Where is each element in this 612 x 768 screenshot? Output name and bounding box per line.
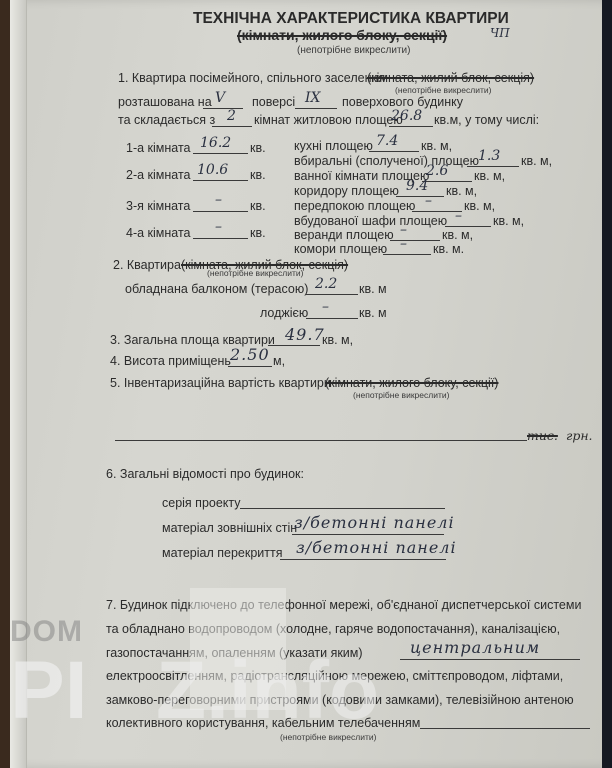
- series-label: серія проекту: [162, 497, 241, 510]
- room-1-unit: кв.: [250, 142, 266, 155]
- rooms-value: 2: [227, 109, 236, 123]
- inventory-struck: (кімнати, жилого блоку, секції): [325, 377, 498, 390]
- hallway-unit: кв. м,: [464, 200, 495, 213]
- document-subtitle: (кімнати, жилого блоку, секції): [237, 28, 447, 42]
- inventory-note: (непотрібне викреслити): [353, 391, 449, 400]
- kitchen-label: кухні площею: [294, 140, 373, 153]
- section6-title: 6. Загальні відомості про будинок:: [106, 468, 304, 481]
- toilet-label: вбиральні (сполученої) площею: [294, 155, 479, 168]
- balcony-unit: кв. м: [359, 283, 387, 296]
- storage-value: –: [400, 237, 407, 251]
- toilet-unit: кв. м,: [521, 155, 552, 168]
- closet-value: –: [455, 209, 462, 223]
- subtitle-mark: ЧП: [490, 27, 510, 39]
- storage-unit: кв. м.: [433, 243, 464, 256]
- room-1-label: 1-а кімната: [126, 142, 191, 155]
- floor-material-value: з/бетонні панелі: [296, 540, 457, 556]
- storage-label: комори площею: [294, 243, 387, 256]
- living-value: 26.8: [391, 109, 422, 123]
- watermark-dom: DOM: [10, 615, 83, 649]
- room-4-label: 4-а кімната: [126, 227, 191, 240]
- room-2-label: 2-а кімната: [126, 169, 191, 182]
- room-3-label: 3-я кімната: [126, 200, 190, 213]
- section1-note: (непотрібне викреслити): [395, 86, 491, 95]
- balcony-value: 2.2: [315, 277, 337, 291]
- section2-note: (непотрібне викреслити): [207, 269, 303, 278]
- bathroom-value: 2.6: [426, 164, 448, 178]
- room-4-value: –: [215, 220, 222, 234]
- corridor-label: коридору площею: [294, 185, 399, 198]
- background-edge: [602, 0, 612, 768]
- section2-label: 2. Квартира: [113, 259, 181, 272]
- veranda-label: веранди площею: [294, 229, 394, 242]
- hallway-value: –: [425, 194, 432, 208]
- floors-value: IX: [305, 91, 321, 105]
- living-label: кімнат житловою площею: [254, 114, 403, 127]
- toilet-value: 1.3: [478, 149, 500, 163]
- veranda-value: –: [400, 223, 407, 237]
- room-4-unit: кв.: [250, 227, 266, 240]
- room-2-unit: кв.: [250, 169, 266, 182]
- corridor-value: 9.4: [406, 179, 428, 193]
- inventory-value-label: 5. Інвентаризаційна вартість квартири: [110, 377, 331, 390]
- room-2-value: 10.6: [197, 163, 228, 177]
- walls-label: матеріал зовнішніх стін: [162, 522, 297, 535]
- loggia-label: лоджією: [260, 307, 308, 320]
- hallway-label: передпокою площею: [294, 200, 415, 213]
- walls-value: з/бетонні панелі: [294, 515, 455, 531]
- loggia-unit: кв. м: [359, 307, 387, 320]
- height-unit: м,: [273, 355, 285, 368]
- section7-line2: та обладнано водопроводом (холодне, гаря…: [106, 623, 560, 636]
- kitchen-unit: кв. м,: [421, 140, 452, 153]
- building-label: поверхового будинку: [342, 96, 463, 109]
- watermark-pi: PI: [10, 650, 87, 732]
- living-unit: кв.м, у тому числі:: [434, 114, 539, 127]
- total-area-unit: кв. м,: [322, 334, 353, 347]
- balcony-label: обладнана балконом (терасою): [125, 283, 308, 296]
- floor-label: розташована на: [118, 96, 212, 109]
- closet-label: вбудованої шафи площею: [294, 215, 447, 228]
- floor-material-label: матеріал перекриття: [162, 547, 283, 560]
- section7-line1: 7. Будинок підключено до телефонної мере…: [106, 599, 581, 612]
- room-3-value: –: [215, 193, 222, 207]
- rooms-label: та складається з: [118, 114, 215, 127]
- inventory-unit-struck: тис.: [527, 430, 558, 443]
- loggia-value: –: [322, 300, 329, 314]
- closet-unit: кв. м,: [493, 215, 524, 228]
- floors-label: поверсі: [252, 96, 295, 109]
- header-note: (непотрібне викреслити): [297, 46, 410, 56]
- floor-value: V: [215, 91, 225, 105]
- watermark-zinfo: Z.info: [156, 650, 379, 732]
- room-1-value: 16.2: [200, 136, 231, 150]
- section1-struck: (кімната, жилий блок, секція): [367, 72, 534, 85]
- height-value: 2.50: [230, 347, 270, 363]
- room-3-unit: кв.: [250, 200, 266, 213]
- bathroom-unit: кв. м,: [474, 170, 505, 183]
- heating-value: центральним: [410, 640, 540, 656]
- total-area-value: 49.7: [285, 327, 325, 343]
- corridor-unit: кв. м,: [446, 185, 477, 198]
- section1-line1: 1. Квартира посімейного, спільного засел…: [118, 72, 385, 85]
- kitchen-value: 7.4: [376, 134, 398, 148]
- document-title: ТЕХНІЧНА ХАРАКТЕРИСТИКА КВАРТИРИ: [193, 11, 509, 27]
- height-label: 4. Висота приміщень: [110, 355, 231, 368]
- inventory-unit: грн.: [566, 430, 593, 443]
- veranda-unit: кв. м,: [442, 229, 473, 242]
